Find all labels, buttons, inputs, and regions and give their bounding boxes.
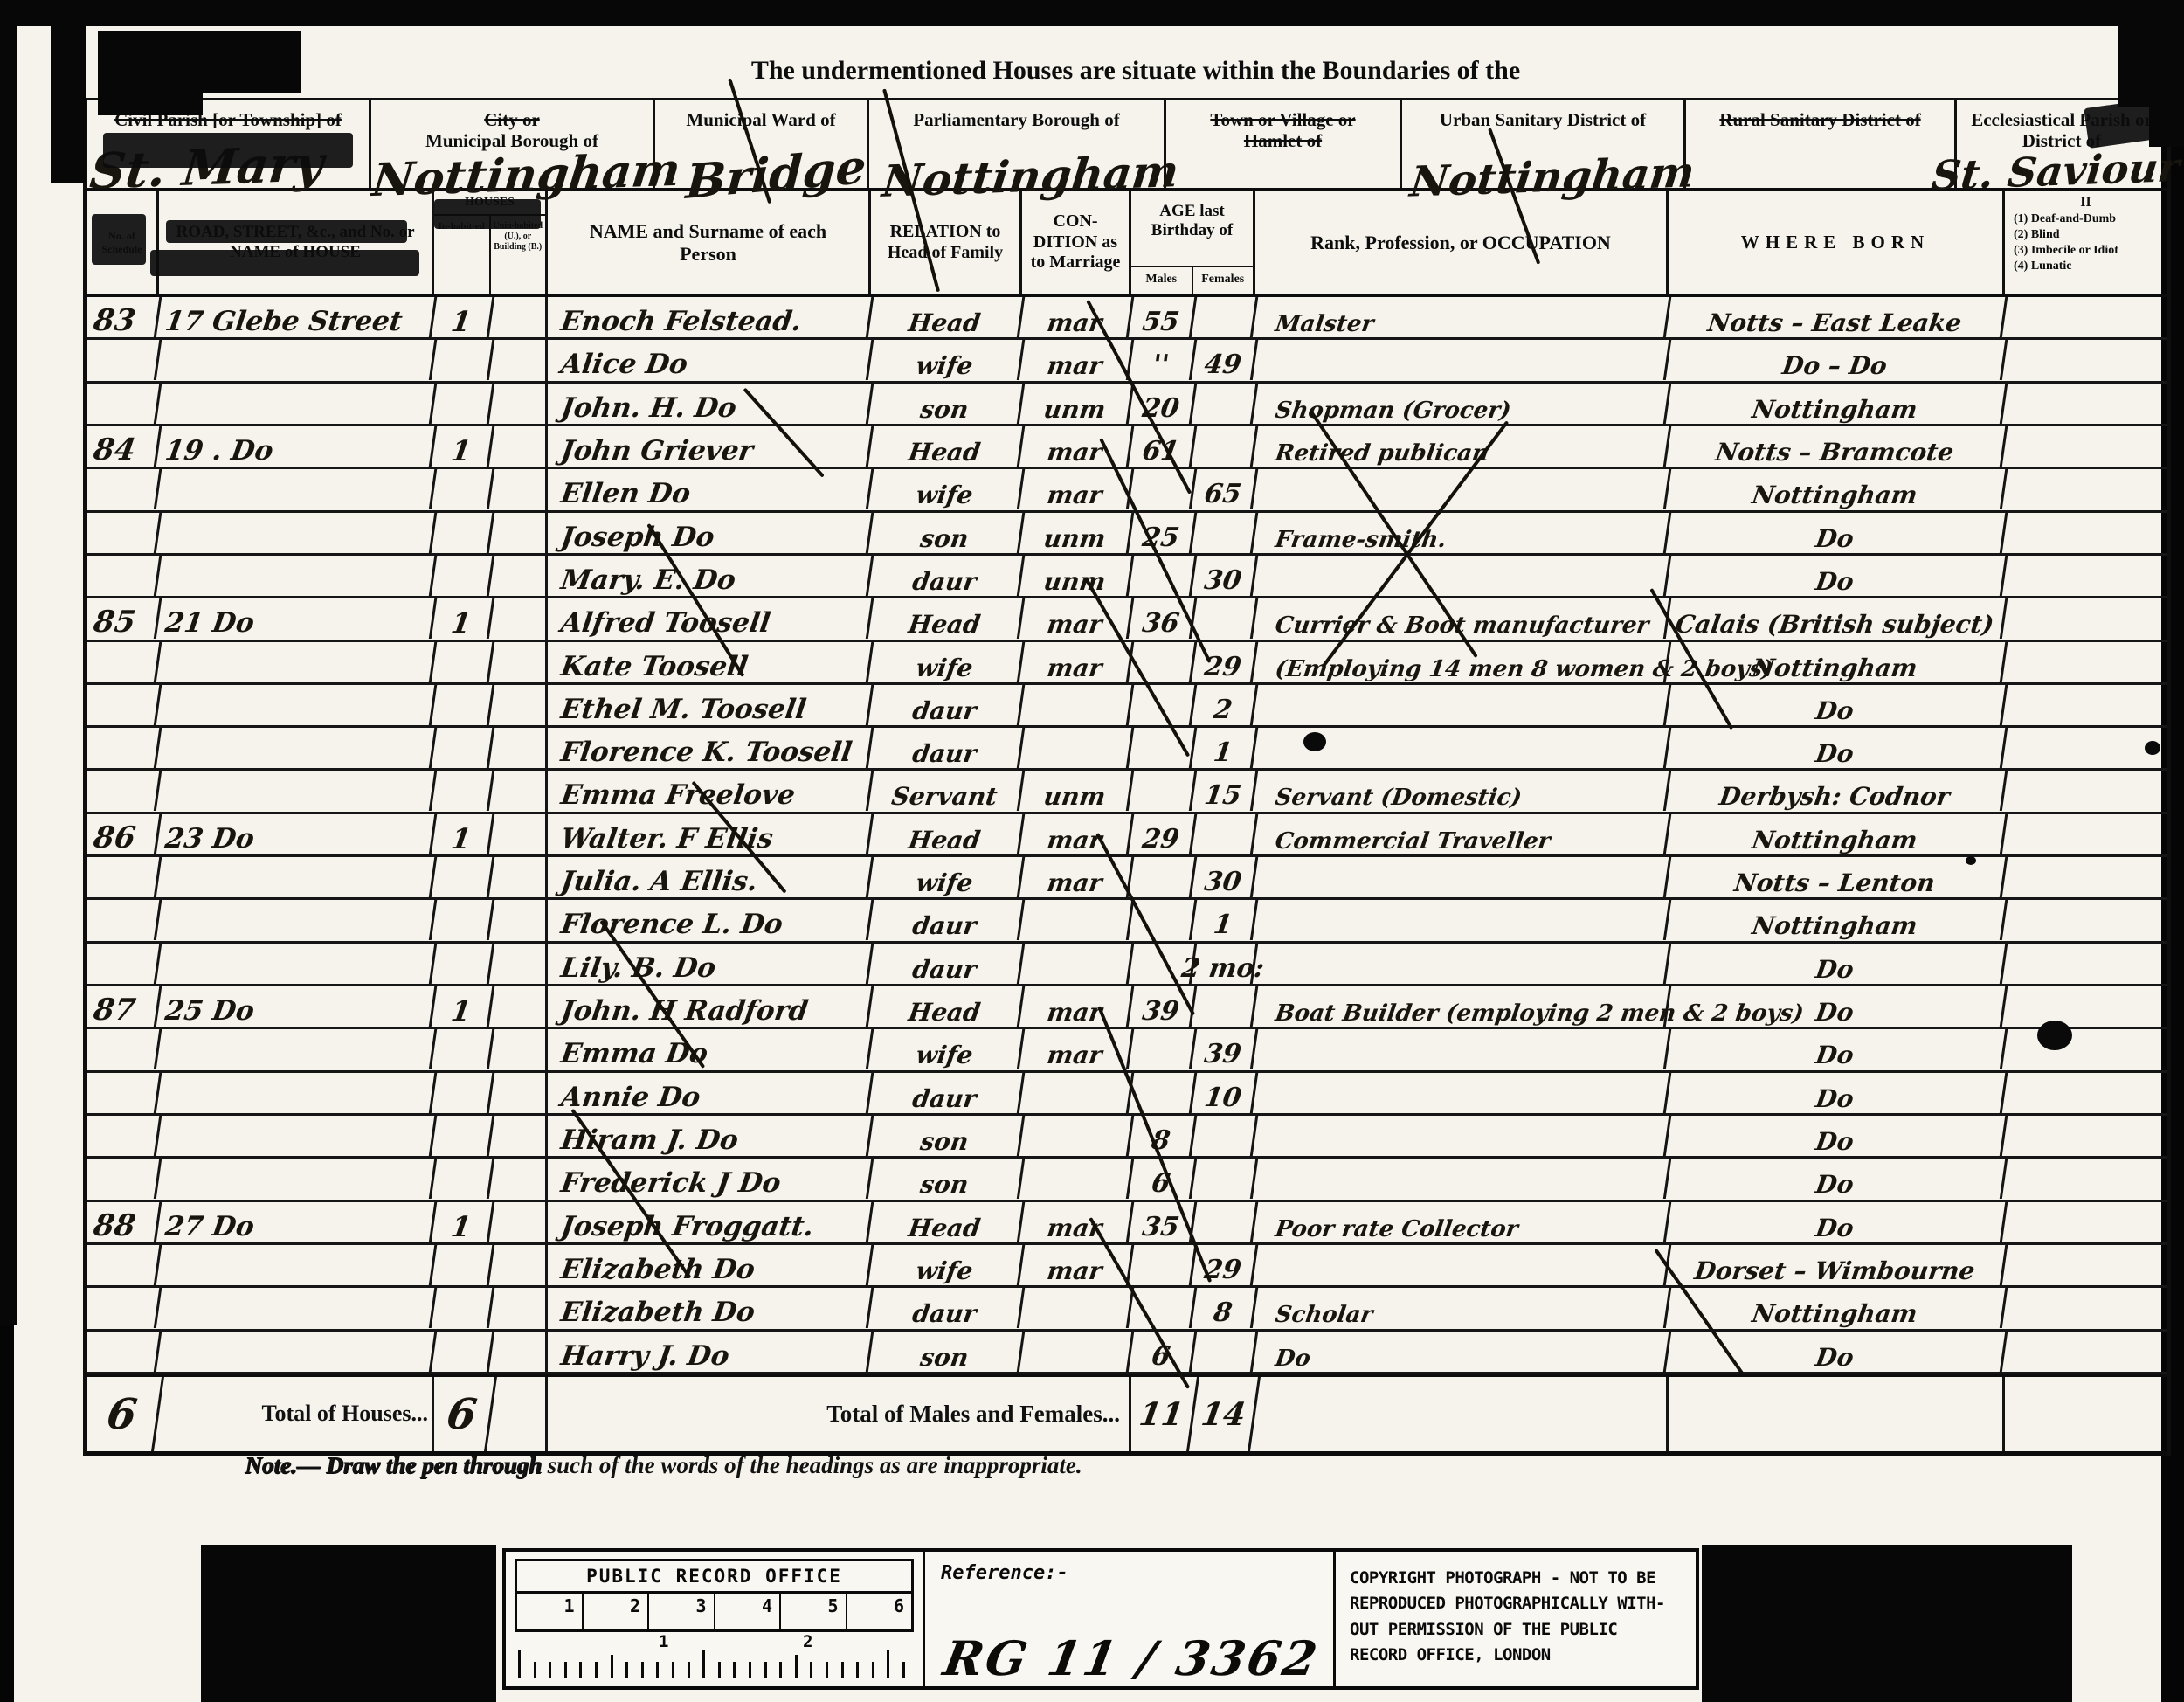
age-males-cell [1129,900,1198,940]
condition-cell: unm [1019,556,1135,596]
uninhabited-cell [492,1288,548,1328]
footer-note: Note.— Draw the pen through such of the … [245,1452,1082,1479]
ruler-tick [795,1655,798,1678]
condition-cell [1019,1332,1135,1372]
copyright-line: OUT PERMISSION OF THE PUBLIC [1350,1617,1696,1643]
ruler-tick [872,1662,874,1678]
uninhabited-cell [492,1245,548,1285]
age-males-cell: 6 [1129,1332,1198,1372]
name-cell: Kate Toosell [545,642,874,682]
name-cell: Florence K. Toosell [545,728,874,768]
ruler-tick [718,1662,721,1678]
road-cell [156,469,438,509]
uninhabited-cell [492,469,548,509]
district-label: Town or Village or [1166,109,1400,130]
infirmity-cell [2005,556,2167,596]
column-header-row: No. of Schedule ROAD, STREET, &c., and N… [87,191,2167,297]
infirmity-title: II [2008,195,2163,211]
inhabited-cell [432,944,495,984]
stamp-reference-section: Reference:- RG 11 / 3362 [925,1552,1336,1686]
name-cell: John. H Radford [545,986,874,1027]
condition-cell: mar [1019,857,1135,897]
infirmity-cell [2005,598,2167,639]
age-males-cell [1129,728,1198,768]
uninhabited-cell [492,685,548,725]
age-males-cell [1129,642,1198,682]
schedule-cell: 83 [85,297,162,337]
condition-cell: unm [1019,384,1135,424]
name-cell: Florence L. Do [545,900,874,940]
age-females-cell [1192,814,1259,854]
scan-edge-left [0,24,17,1325]
table-row: Mary. E. Dodaurunm30Do [87,556,2167,598]
inhabited-cell [432,1245,495,1285]
inhabited-cell [432,642,495,682]
occupation-cell [1253,340,1672,380]
schedule-cell [85,513,162,553]
table-row: Harry J. Doson6DoDo [87,1332,2167,1374]
uninhabited-cell [492,900,548,940]
road-cell [156,1288,438,1328]
infirmity-cell [2005,1029,2167,1069]
age-females-cell [1192,297,1259,337]
relation-cell: son [868,1159,1026,1199]
occupation-cell: Poor rate Collector [1253,1202,1672,1242]
schedule-cell: 88 [85,1202,162,1242]
col-header-age-males: Males [1131,267,1193,294]
condition-cell [1019,1288,1135,1328]
district-handwritten-value: St. Saviour [1930,143,2182,199]
infirmity-cell [2005,900,2167,940]
road-cell [156,1029,438,1069]
born-cell: Do [1666,1159,2008,1199]
age-females-cell [1192,986,1259,1027]
relation-cell: wife [868,857,1026,897]
district-cell: Parliamentary Borough ofNottingham [869,100,1166,188]
name-cell: Annie Do [545,1073,874,1113]
condition-cell: unm [1019,771,1135,811]
relation-cell: wife [868,642,1026,682]
district-label: Hamlet of [1166,130,1400,151]
schedule-cell [85,900,162,940]
born-cell: Calais (British subject) [1666,598,2008,639]
born-cell: Nottingham [1666,642,2008,682]
infirmity-cell [2005,642,2167,682]
occupation-cell: Commercial Traveller [1253,814,1672,854]
ruler-unit: 2 [584,1594,650,1629]
relation-cell: son [868,384,1026,424]
name-cell: John Griever [545,426,874,467]
stamp-ruler-units: 123456 [515,1594,914,1632]
road-cell [156,1116,438,1156]
road-cell [156,857,438,897]
scan-edge-top-right [2149,107,2184,147]
totals-row: 6 Total of Houses... 6 Total of Males an… [87,1374,2167,1456]
age-females-cell: 8 [1192,1288,1259,1328]
district-handwritten-value: Nottingham [370,143,683,207]
col-header-relation: RELATION to Head of Family [871,191,1022,294]
schedule-cell [85,1332,162,1372]
schedule-cell [85,944,162,984]
born-cell: Do [1666,986,2008,1027]
infirmity-cell [2005,685,2167,725]
road-cell [156,1159,438,1199]
age-males-cell: '' [1129,340,1198,380]
uninhabited-cell [492,384,548,424]
ruler-inch-number: 1 [659,1632,668,1651]
table-row: 8623 Do1Walter. F EllisHeadmar29Commerci… [87,814,2167,857]
inhabited-cell [432,1029,495,1069]
ruler-tick [764,1662,767,1678]
age-males-cell [1129,1029,1198,1069]
born-cell: Do [1666,1202,2008,1242]
occupation-cell [1253,944,1672,984]
road-cell [156,340,438,380]
relation-cell: daur [868,728,1026,768]
ink-smudge-schedule-header [92,214,146,265]
infirmity-cell [2005,469,2167,509]
schedule-cell: 85 [85,598,162,639]
age-males-cell [1129,1245,1198,1285]
inhabited-cell [432,685,495,725]
infirmity-item: (3) Imbecile or Idiot [2008,243,2163,259]
table-row: 8317 Glebe Street1Enoch Felstead.Headmar… [87,297,2167,340]
uninhabited-cell [492,556,548,596]
uninhabited-cell [492,513,548,553]
uninhabited-cell [492,598,548,639]
condition-cell: mar [1019,986,1135,1027]
table-row: Lily. B. Dodaur2 mo:Do [87,944,2167,986]
table-row: Florence K. Tooselldaur1Do [87,728,2167,771]
born-cell: Do [1666,1029,2008,1069]
district-label: Parliamentary Borough of [869,109,1164,130]
age-males-cell [1129,771,1198,811]
name-cell: Ethel M. Toosell [545,685,874,725]
ruler-tick [595,1662,598,1678]
name-cell: Harry J. Do [545,1332,874,1372]
total-born-cell [1669,1377,2005,1451]
inhabited-cell [432,556,495,596]
infirmity-item: (2) Blind [2008,227,2163,243]
ink-dot [2145,741,2160,755]
relation-cell: son [868,513,1026,553]
age-males-cell: 55 [1129,297,1198,337]
schedule-cell [85,771,162,811]
inhabited-cell: 1 [432,814,495,854]
schedule-cell [85,685,162,725]
relation-cell: daur [868,1073,1026,1113]
born-cell: Do [1666,513,2008,553]
ruler-tick [810,1662,812,1678]
occupation-cell: Scholar [1253,1288,1672,1328]
ruler-inch-number: 2 [803,1632,812,1651]
name-cell: Joseph Froggatt. [545,1202,874,1242]
ink-dot [2037,1021,2072,1050]
born-cell: Nottingham [1666,469,2008,509]
ruler-tick [887,1650,889,1678]
total-males-females-label: Total of Males and Females... [548,1377,1131,1451]
age-females-cell: 65 [1192,469,1259,509]
table-row: Florence L. Dodaur1Nottingham [87,900,2167,943]
relation-cell: wife [868,1029,1026,1069]
born-cell: Do [1666,1116,2008,1156]
born-cell: Dorset – Wimbourne [1666,1245,2008,1285]
road-cell [156,944,438,984]
copyright-line: RECORD OFFICE, LONDON [1350,1643,1696,1668]
relation-cell: son [868,1116,1026,1156]
ruler-tick [656,1662,659,1678]
district-cell: Town or Village orHamlet of [1166,100,1402,188]
infirmity-cell [2005,297,2167,337]
occupation-cell: Boat Builder (employing 2 men & 2 boys) [1253,986,1672,1027]
born-cell: Do [1666,728,2008,768]
occupation-cell: Malster [1253,297,1672,337]
road-cell [156,1245,438,1285]
inhabited-cell [432,384,495,424]
table-row: Ethel M. Tooselldaur2Do [87,685,2167,728]
scan-bottom-right-block [1702,1545,2072,1702]
schedule-cell [85,1073,162,1113]
uninhabited-cell [492,297,548,337]
uninhabited-cell [492,426,548,467]
infirmity-item: (4) Lunatic [2008,259,2163,274]
col-header-age: AGE last Birthday of Males Females [1131,191,1255,294]
inhabited-cell: 1 [432,598,495,639]
road-cell: 27 Do [156,1202,438,1242]
name-cell: Joseph Do [545,513,874,553]
condition-cell: mar [1019,642,1135,682]
uninhabited-cell [492,1332,548,1372]
born-cell: Nottingham [1666,384,2008,424]
col-header-where-born: WHERE BORN [1669,191,2005,294]
occupation-cell [1253,1159,1672,1199]
total-houses-schedule-value: 6 [82,1377,164,1451]
inhabited-cell [432,1073,495,1113]
born-cell: Nottingham [1666,900,2008,940]
table-row: Emma FreeloveServantunm15Servant (Domest… [87,771,2167,813]
infirmity-cell [2005,513,2167,553]
ruler-unit: 3 [649,1594,715,1629]
road-cell [156,685,438,725]
table-row: John. H. Dosonunm20Shopman (Grocer)Notti… [87,384,2167,426]
table-row: Hiram J. Doson8Do [87,1116,2167,1159]
occupation-cell: Servant (Domestic) [1253,771,1672,811]
ruler-unit: 1 [517,1594,584,1629]
inhabited-cell: 1 [432,986,495,1027]
schedule-cell [85,728,162,768]
condition-cell [1019,1073,1135,1113]
age-females-cell [1192,1202,1259,1242]
inhabited-cell [432,469,495,509]
ruler-tick [733,1662,736,1678]
ruler-tick [672,1662,674,1678]
condition-cell: mar [1019,1202,1135,1242]
ink-smudge-parish-label [103,133,353,168]
relation-cell: Head [868,598,1026,639]
total-infirmity-cell [2005,1377,2167,1451]
road-cell: 19 . Do [156,426,438,467]
inhabited-cell [432,1332,495,1372]
ruler-tick [564,1662,567,1678]
col-header-condition: CON-DITION as to Marriage [1022,191,1131,294]
age-females-cell: 2 mo: [1192,944,1259,984]
district-label: Urban Sanitary District of [1402,109,1683,130]
born-cell: Do [1666,944,2008,984]
schedule-cell [85,556,162,596]
schedule-cell [85,1159,162,1199]
infirmity-cell [2005,426,2167,467]
ink-smudge-road-header [166,220,407,243]
uninhabited-cell [492,1029,548,1069]
infirmity-item: (1) Deaf-and-Dumb [2008,211,2163,227]
table-row: 8521 Do1Alfred ToosellHeadmar36Currier &… [87,598,2167,641]
road-cell [156,384,438,424]
age-males-cell [1129,1288,1198,1328]
infirmity-cell [2005,1073,2167,1113]
condition-cell [1019,728,1135,768]
total-inhabited-value: 6 [429,1377,497,1451]
ruler-tick [534,1662,536,1678]
infirmity-cell [2005,1159,2167,1199]
schedule-cell [85,340,162,380]
relation-cell: Head [868,814,1026,854]
occupation-cell [1253,857,1672,897]
footer-note-bold: Note.— Draw the pen through [245,1452,542,1478]
scan-corner-block [51,24,86,183]
scan-edge-top [0,0,2184,26]
road-cell: 23 Do [156,814,438,854]
road-cell: 25 Do [156,986,438,1027]
ruler-tick [549,1662,551,1678]
relation-cell: daur [868,1288,1026,1328]
inhabited-cell [432,1159,495,1199]
district-cell: Urban Sanitary District ofNottingham [1402,100,1686,188]
ruler-tick [749,1662,751,1678]
road-cell [156,556,438,596]
name-cell: Enoch Felstead. [545,297,874,337]
uninhabited-cell [492,771,548,811]
condition-cell: unm [1019,513,1135,553]
ruler-tick [826,1662,828,1678]
condition-cell [1019,900,1135,940]
uninhabited-cell [492,728,548,768]
scan-bottom-left-block [201,1545,496,1702]
relation-cell: daur [868,685,1026,725]
condition-cell [1019,685,1135,725]
relation-cell: Head [868,986,1026,1027]
age-females-cell [1192,598,1259,639]
relation-cell: daur [868,900,1026,940]
age-females-cell: 1 [1192,728,1259,768]
born-cell: Do – Do [1666,340,2008,380]
total-females-value: 14 [1189,1377,1261,1451]
inhabited-cell [432,728,495,768]
age-females-cell [1192,426,1259,467]
road-cell [156,513,438,553]
schedule-cell: 86 [85,814,162,854]
relation-cell: Head [868,1202,1026,1242]
ruler-tick [611,1655,613,1678]
table-row: Elizabeth Dodaur8ScholarNottingham [87,1288,2167,1331]
ruler-tick [779,1662,782,1678]
name-cell: Julia. A Ellis. [545,857,874,897]
relation-cell: wife [868,1245,1026,1285]
uninhabited-cell [492,1116,548,1156]
age-males-cell: 8 [1129,1116,1198,1156]
born-cell: Notts – East Leake [1666,297,2008,337]
uninhabited-cell [492,944,548,984]
inhabited-cell: 1 [432,297,495,337]
footer-note-rest: such of the words of the headings as are… [542,1452,1082,1478]
age-females-cell: 39 [1192,1029,1259,1069]
occupation-cell [1253,900,1672,940]
infirmity-cell [2005,1202,2167,1242]
occupation-cell: Do [1253,1332,1672,1372]
name-cell: John. H. Do [545,384,874,424]
born-cell: Do [1666,556,2008,596]
infirmity-cell [2005,1116,2167,1156]
table-row: Frederick J Doson6Do [87,1159,2167,1201]
total-houses-label: Total of Houses... [159,1377,434,1451]
road-cell [156,728,438,768]
ink-smudge-houses-header [434,199,541,229]
age-females-cell [1192,513,1259,553]
name-cell: Ellen Do [545,469,874,509]
district-label: City or [371,109,653,130]
age-females-cell: 10 [1192,1073,1259,1113]
condition-cell [1019,1159,1135,1199]
inhabited-cell [432,771,495,811]
ruler-unit: 5 [781,1594,847,1629]
ruler-tick [856,1662,859,1678]
infirmity-cell [2005,1288,2167,1328]
schedule-cell [85,642,162,682]
infirmity-cell [2005,384,2167,424]
ruler-tick [579,1662,582,1678]
name-cell: Mary. E. Do [545,556,874,596]
schedule-cell: 84 [85,426,162,467]
uninhabited-cell [492,642,548,682]
schedule-cell [85,857,162,897]
inhabited-cell [432,513,495,553]
district-label: Municipal Ward of [655,109,867,130]
uninhabited-cell [492,814,548,854]
age-females-cell: 15 [1192,771,1259,811]
age-females-cell: 30 [1192,857,1259,897]
age-males-cell [1129,685,1198,725]
total-uninhabited-cell [492,1377,548,1451]
road-cell [156,900,438,940]
inhabited-cell [432,900,495,940]
district-cell: Rural Sanitary District of [1686,100,1957,188]
age-females-cell: 49 [1192,340,1259,380]
uninhabited-cell [492,1073,548,1113]
reference-value: RG 11 / 3362 [939,1630,1324,1686]
schedule-cell: 87 [85,986,162,1027]
infirmity-cell [2005,340,2167,380]
inhabited-cell: 1 [432,1202,495,1242]
ruler-tick [841,1662,844,1678]
ruler-tick [902,1662,905,1678]
stamp-copyright-section: COPYRIGHT PHOTOGRAPH - NOT TO BE REPRODU… [1336,1552,1696,1686]
census-table: Civil Parish [or Township] ofSt. MaryCit… [83,98,2171,1456]
condition-cell [1019,1116,1135,1156]
infirmity-cell [2005,728,2167,768]
infirmity-cell [2005,944,2167,984]
name-cell: Elizabeth Do [545,1288,874,1328]
infirmity-cell [2005,857,2167,897]
stamp-ruler-section: PUBLIC RECORD OFFICE 123456 12 [506,1552,925,1686]
